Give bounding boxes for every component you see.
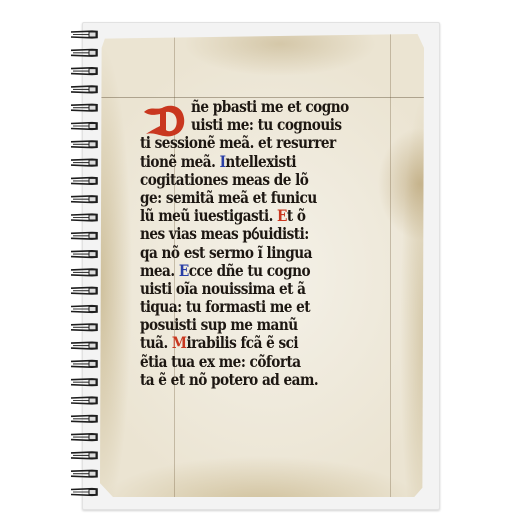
margin-rule-right <box>390 34 391 497</box>
text-line: cogitationes meas de lõ <box>140 171 371 189</box>
line-text: tuã. <box>140 333 172 352</box>
line-text: cogitationes meas de lõ <box>140 170 308 189</box>
line-text: qa nõ est sermo ĩ lingua <box>140 243 312 262</box>
text-line: ti sessionẽ meã. et resurrer <box>140 134 371 152</box>
line-text: mea. <box>140 261 179 280</box>
red-initial: M <box>172 333 187 352</box>
line-text: irabilis fcã ẽ sci <box>186 333 298 352</box>
line-text: ge: semitã meã et funicu <box>140 188 317 207</box>
line-text: ti sessionẽ meã. et resurrer <box>140 133 336 152</box>
text-line: uisti me: tu cognouis <box>140 116 371 134</box>
text-line: ẽtia tua ex me: cõforta <box>140 353 371 371</box>
text-line: uisti oĩa nouissima et ã <box>140 280 371 298</box>
text-line: tiqua: tu formasti me et <box>140 298 371 316</box>
text-line: ge: semitã meã et funicu <box>140 189 371 207</box>
line-text: ta ẽ et nõ potero ad eam. <box>140 370 318 389</box>
line-text: t õ <box>287 206 306 225</box>
text-line: ñe pbasti me et cogno <box>140 98 371 116</box>
manuscript-text: ñe pbasti me et cogno uisti me: tu cogno… <box>140 98 371 389</box>
text-line: ta ẽ et nõ potero ad eam. <box>140 371 371 389</box>
text-line: qa nõ est sermo ĩ lingua <box>140 244 371 262</box>
line-text: ntellexisti <box>225 152 296 171</box>
line-text: uisti oĩa nouissima et ã <box>140 279 305 298</box>
line-text: ẽtia tua ex me: cõforta <box>140 352 301 371</box>
spiral-binding <box>70 24 102 504</box>
line-text: posuisti sup me manũ <box>140 315 298 334</box>
line-text: lũ meũ iuestigasti. <box>140 206 277 225</box>
line-text: tionẽ meã. <box>140 152 220 171</box>
line-text: cce dñe tu cogno <box>189 261 310 280</box>
line-text: tiqua: tu formasti me et <box>140 297 310 316</box>
text-line: posuisti sup me manũ <box>140 316 371 334</box>
spiral-coils-icon <box>70 24 102 504</box>
text-line: mea. Ecce dñe tu cogno <box>140 262 371 280</box>
text-line: lũ meũ iuestigasti. Et õ <box>140 207 371 225</box>
blue-initial: E <box>179 261 189 280</box>
line-text: uisti me: tu cognouis <box>191 115 342 134</box>
line-text: nes vias meas pỽuidisti: <box>140 224 309 243</box>
text-line: tionẽ meã. Intellexisti <box>140 153 371 171</box>
line-text: ñe pbasti me et cogno <box>191 97 349 116</box>
text-line: nes vias meas pỽuidisti: <box>140 225 371 243</box>
manuscript-page: ñe pbasti me et cogno uisti me: tu cogno… <box>100 34 424 497</box>
red-initial: E <box>277 206 287 225</box>
text-line: tuã. Mirabilis fcã ẽ sci <box>140 334 371 352</box>
